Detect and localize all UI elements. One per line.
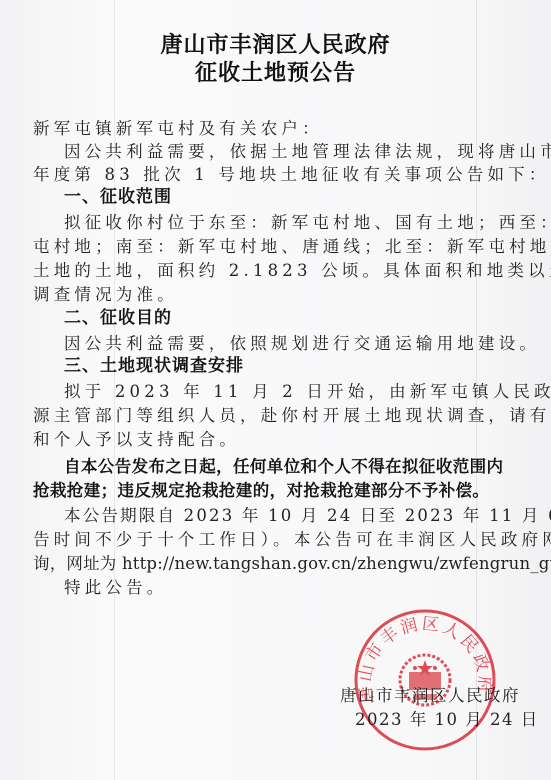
- warning-text: 自本公告发布之日起，任何单位和个人不得在拟征收范围内: [64, 455, 551, 478]
- section-text: 拟于 2023 年 11 月 2 日开始，由新军屯镇人民政府、自然资: [64, 380, 551, 403]
- section-text: 土地的土地，面积约 2.1823 公顷。具体面积和地类以土地现状: [33, 259, 523, 282]
- document-page: 唐山市丰润区人民政府 征收土地预公告 新军屯镇新军屯村及有关农户： 因公共利益需…: [0, 0, 551, 780]
- document-title-line-1: 唐山市丰润区人民政府: [0, 28, 551, 59]
- document-title-line-2: 征收土地预公告: [0, 56, 551, 87]
- section-text: 源主管部门等组织人员，赴你村开展土地现状调查，请有关单位: [33, 404, 523, 427]
- intro-line: 年度第 83 批次 1 号地块土地征收有关事项公告如下：: [33, 163, 523, 186]
- period-text: 本公告期限自 2023 年 10 月 24 日至 2023 年 11 月 6 日…: [64, 504, 551, 527]
- warning-text: 抢栽抢建；违反规定抢栽抢建的，对抢栽抢建部分不予补偿。: [33, 479, 523, 502]
- official-seal-icon: 唐山市丰润区人民政府: [353, 608, 497, 752]
- intro-line: 因公共利益需要，依据土地管理法律法规，现将唐山市 2023: [64, 140, 551, 163]
- closing-text: 特此公告。: [64, 576, 551, 599]
- section-heading-scope: 一、征收范围: [64, 186, 551, 209]
- issuer-signature: 唐山市丰润区人民政府: [340, 682, 520, 706]
- section-heading-survey: 三、土地现状调查安排: [64, 355, 551, 378]
- section-text: 调查情况为准。: [33, 283, 523, 306]
- section-heading-purpose: 二、征收目的: [64, 307, 551, 330]
- section-text: 和个人予以支持配合。: [33, 428, 523, 451]
- salutation: 新军屯镇新军屯村及有关农户：: [33, 117, 523, 140]
- period-text: 告时间不少于十个工作日）。本公告可在丰润区人民政府网站查: [33, 528, 523, 551]
- section-text: 因公共利益需要，依照规划进行交通运输用地建设。: [64, 332, 551, 355]
- issue-date: 2023 年 10 月 24 日: [355, 706, 539, 730]
- section-text: 拟征收你村位于东至：新军屯村地、国有土地；西至：新军: [64, 211, 551, 234]
- website-url-text: 询，网址为 http://new.tangshan.gov.cn/zhengwu…: [33, 552, 523, 575]
- section-text: 屯村地；南至：新军屯村地、唐通线；北至：新军屯村地、国有: [33, 235, 523, 258]
